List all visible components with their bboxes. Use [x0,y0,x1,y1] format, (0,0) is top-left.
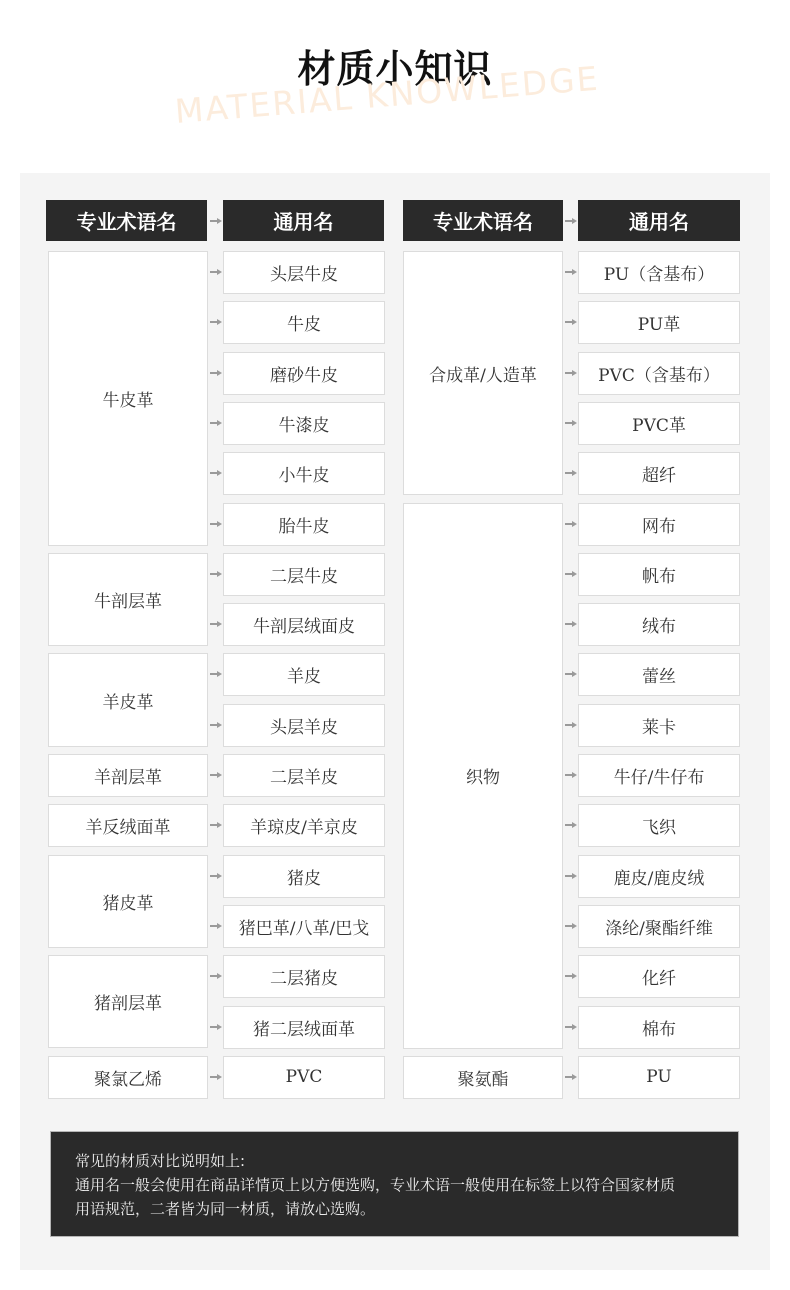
term-cell: 织物 [403,503,563,1049]
arrow-right-icon [210,1024,222,1030]
term-cell: 羊皮革 [48,653,208,746]
common-name-cell: 猪二层绒面革 [223,1006,385,1049]
arrow-right-icon [210,621,222,627]
arrow-right-icon [565,671,577,677]
term-cell: 羊反绒面革 [48,804,208,847]
arrow-right-icon [565,772,577,778]
term-cell: 聚氯乙烯 [48,1056,208,1099]
arrow-right-icon [565,571,577,577]
common-name-cell: 磨砂牛皮 [223,352,385,395]
arrow-right-icon [565,722,577,728]
arrow-right-icon [565,470,577,476]
note-line: 通用名一般会使用在商品详情页上以方便选购，专业术语一般使用在标签上以符合国家材质 [75,1173,714,1197]
arrow-right-icon [565,923,577,929]
arrow-right-icon [210,1074,222,1080]
arrow-right-icon [210,521,222,527]
common-name-cell: 胎牛皮 [223,503,385,546]
common-name-cell: 牛剖层绒面皮 [223,603,385,646]
common-name-cell: 猪皮 [223,855,385,898]
arrow-right-icon [565,370,577,376]
common-name-cell: 化纤 [578,955,740,998]
arrow-right-icon [210,772,222,778]
common-name-cell: PU [578,1056,740,1099]
arrow-right-icon [565,873,577,879]
arrow-right-icon [210,269,222,275]
common-name-cell: 蕾丝 [578,653,740,696]
header-common-left: 通用名 [223,200,384,241]
note-box: 常见的材质对比说明如上: 通用名一般会使用在商品详情页上以方便选购，专业术语一般… [50,1131,739,1237]
arrow-right-icon [565,621,577,627]
arrow-right-icon [210,822,222,828]
arrow-right-icon [210,218,222,224]
common-name-cell: 鹿皮/鹿皮绒 [578,855,740,898]
common-name-cell: 二层猪皮 [223,955,385,998]
common-name-cell: 棉布 [578,1006,740,1049]
arrow-right-icon [565,521,577,527]
common-name-cell: 网布 [578,503,740,546]
common-name-cell: 羊琼皮/羊京皮 [223,804,385,847]
arrow-right-icon [210,671,222,677]
arrow-right-icon [565,1074,577,1080]
arrow-right-icon [565,822,577,828]
arrow-right-icon [565,269,577,275]
arrow-right-icon [210,470,222,476]
arrow-right-icon [210,370,222,376]
arrow-right-icon [210,973,222,979]
common-name-cell: 帆布 [578,553,740,596]
arrow-right-icon [210,873,222,879]
common-name-cell: 羊皮 [223,653,385,696]
arrow-right-icon [210,571,222,577]
arrow-right-icon [565,218,577,224]
common-name-cell: 莱卡 [578,704,740,747]
arrow-right-icon [210,923,222,929]
common-name-cell: 绒布 [578,603,740,646]
common-name-cell: 二层羊皮 [223,754,385,797]
note-line: 用语规范，二者皆为同一材质，请放心选购。 [75,1197,714,1221]
arrow-right-icon [210,420,222,426]
common-name-cell: PU革 [578,301,740,344]
term-cell: 牛皮革 [48,251,208,546]
common-name-cell: 二层牛皮 [223,553,385,596]
common-name-cell: PU（含基布） [578,251,740,294]
arrow-right-icon [210,722,222,728]
common-name-cell: PVC（含基布） [578,352,740,395]
header-term-left: 专业术语名 [46,200,207,241]
common-name-cell: 涤纶/聚酯纤维 [578,905,740,948]
arrow-right-icon [565,420,577,426]
common-name-cell: 牛漆皮 [223,402,385,445]
arrow-right-icon [565,1024,577,1030]
header-common-right: 通用名 [578,200,740,241]
common-name-cell: 猪巴革/八革/巴戈 [223,905,385,948]
term-cell: 合成革/人造革 [403,251,563,495]
common-name-cell: 飞织 [578,804,740,847]
common-name-cell: 牛皮 [223,301,385,344]
arrow-right-icon [210,319,222,325]
common-name-cell: 头层羊皮 [223,704,385,747]
common-name-cell: PVC革 [578,402,740,445]
term-cell: 羊剖层革 [48,754,208,797]
term-cell: 猪剖层革 [48,955,208,1048]
common-name-cell: 超纤 [578,452,740,495]
common-name-cell: 牛仔/牛仔布 [578,754,740,797]
header-term-right: 专业术语名 [403,200,563,241]
common-name-cell: 小牛皮 [223,452,385,495]
term-cell: 猪皮革 [48,855,208,948]
term-cell: 聚氨酯 [403,1056,563,1099]
material-table-panel: 专业术语名 通用名 专业术语名 通用名 牛皮革头层牛皮牛皮磨砂牛皮牛漆皮小牛皮胎… [20,173,770,1270]
term-cell: 牛剖层革 [48,553,208,646]
arrow-right-icon [565,973,577,979]
common-name-cell: 头层牛皮 [223,251,385,294]
common-name-cell: PVC [223,1056,385,1099]
arrow-right-icon [565,319,577,325]
note-line: 常见的材质对比说明如上: [75,1149,714,1173]
